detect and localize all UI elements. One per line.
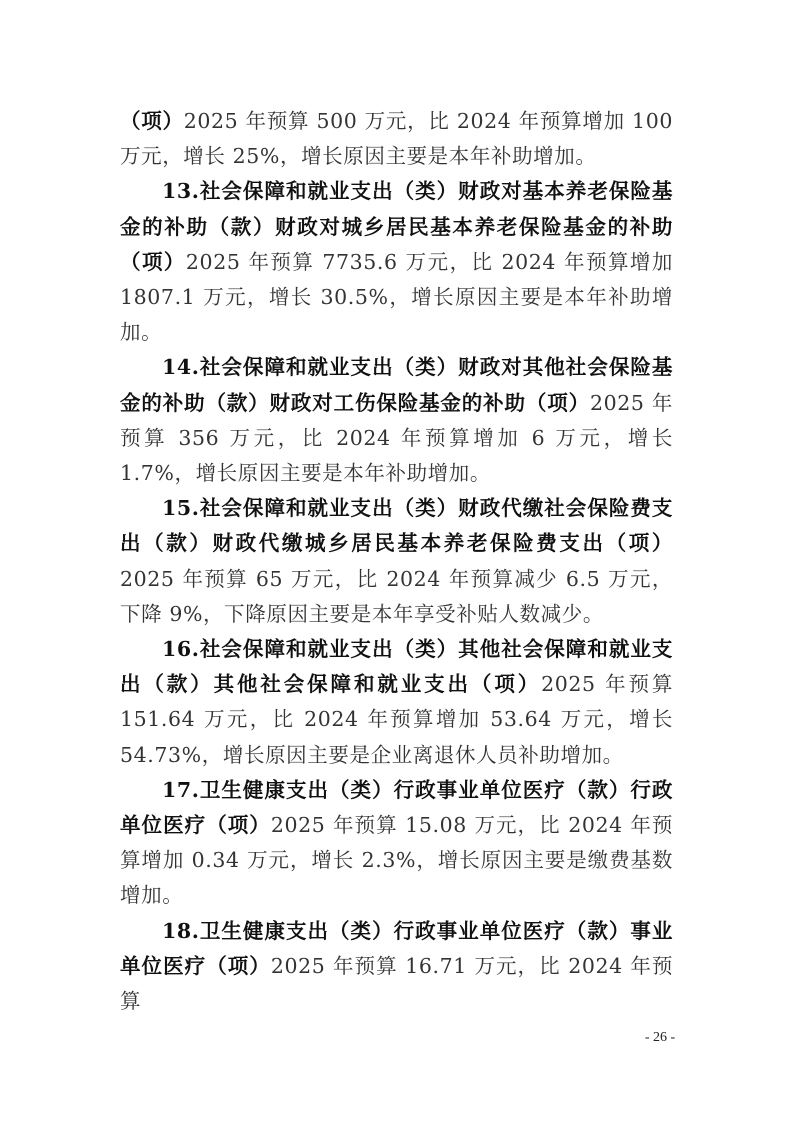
paragraph-heading: （项） [120, 109, 184, 133]
paragraph-continuation: （项）2025 年预算 500 万元，比 2024 年预算增加 100 万元，增… [120, 104, 673, 174]
paragraph-body: 2025 年预算 7735.6 万元，比 2024 年预算增加 1807.1 万… [120, 250, 673, 344]
paragraph-item-13: 13.社会保障和就业支出（类）财政对基本养老保险基金的补助（款）财政对城乡居民基… [120, 174, 673, 350]
paragraph-body: 2025 年预算 65 万元，比 2024 年预算减少 6.5 万元，下降 9%… [120, 567, 673, 626]
paragraph-item-14: 14.社会保障和就业支出（类）财政对其他社会保险基金的补助（款）财政对工伤保险基… [120, 350, 673, 491]
paragraph-item-16: 16.社会保障和就业支出（类）其他社会保障和就业支出（款）其他社会保障和就业支出… [120, 632, 673, 773]
document-page: （项）2025 年预算 500 万元，比 2024 年预算增加 100 万元，增… [120, 104, 673, 1019]
page-number: - 26 - [630, 1030, 690, 1046]
paragraph-item-15: 15.社会保障和就业支出（类）财政代缴社会保险费支出（款）财政代缴城乡居民基本养… [120, 491, 673, 632]
paragraph-heading: 15.社会保障和就业支出（类）财政代缴社会保险费支出（款）财政代缴城乡居民基本养… [120, 496, 673, 555]
paragraph-body: 2025 年预算 500 万元，比 2024 年预算增加 100 万元，增长 2… [120, 109, 673, 168]
paragraph-item-17: 17.卫生健康支出（类）行政事业单位医疗（款）行政单位医疗（项）2025 年预算… [120, 773, 673, 914]
paragraph-item-18: 18.卫生健康支出（类）行政事业单位医疗（款）事业单位医疗（项）2025 年预算… [120, 914, 673, 1020]
